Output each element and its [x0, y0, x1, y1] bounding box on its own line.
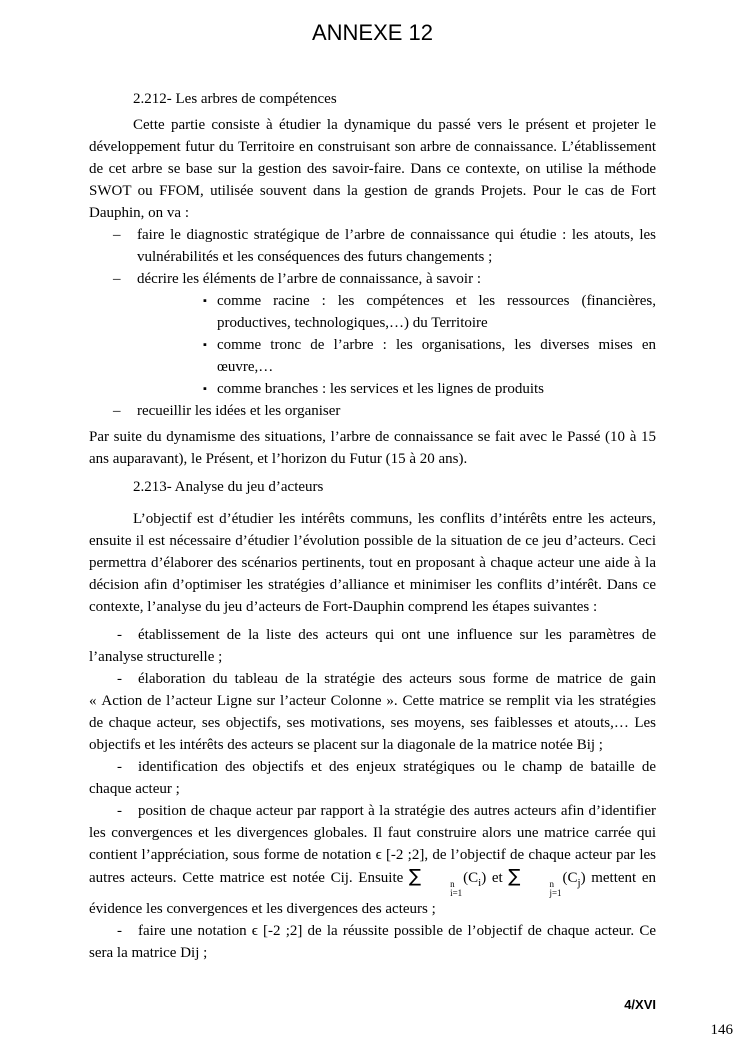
sigma-lower-limit: j=1: [521, 889, 561, 898]
sigma-limits: ni=1: [422, 880, 462, 898]
sub-list-item: ▪ comme tronc de l’arbre : les organisat…: [203, 334, 656, 378]
list-item-text: élaboration du tableau de la stratégie d…: [89, 671, 656, 753]
list-item-with-formula: -position de chaque acteur par rapport à…: [89, 800, 656, 920]
square-bullet: ▪: [203, 290, 217, 334]
dash-bullet: –: [113, 224, 137, 268]
list-item: -élaboration du tableau de la stratégie …: [89, 668, 656, 756]
list-item-text: recueillir les idées et les organiser: [137, 400, 656, 422]
formula-open: (C: [463, 870, 478, 886]
sigma-symbol: ∑: [409, 866, 421, 887]
list-item-text: faire une notation ϵ [-2 ;2] de la réuss…: [89, 923, 656, 961]
section-heading-2213: 2.213- Analyse du jeu d’acteurs: [89, 476, 656, 498]
document-body: 2.212- Les arbres de compétences Cette p…: [0, 88, 745, 964]
summation-formula-cj: ∑nj=1(Cj): [508, 870, 585, 886]
list-item: -établissement de la liste des acteurs q…: [89, 624, 656, 668]
annex-folio-label: 4/XVI: [624, 997, 656, 1012]
list-item: – faire le diagnostic stratégique de l’a…: [113, 224, 656, 268]
list-item-text: décrire les éléments de l’arbre de conna…: [137, 268, 656, 290]
list-item: – décrire les éléments de l’arbre de con…: [113, 268, 656, 290]
paragraph-intro-2212: Cette partie consiste à étudier la dynam…: [89, 114, 656, 224]
dash-bullet: –: [113, 400, 137, 422]
sub-list-item-text: comme racine : les compétences et les re…: [217, 290, 656, 334]
sub-list-item: ▪ comme racine : les compétences et les …: [203, 290, 656, 334]
page-number: 146: [711, 1021, 734, 1039]
summation-formula-ci: ∑ni=1(Ci): [409, 870, 486, 886]
dash-bullet: –: [113, 268, 137, 290]
paragraph-intro-2213: L’objectif est d’étudier les intérêts co…: [89, 508, 656, 618]
list-item-text: faire le diagnostic stratégique de l’arb…: [137, 224, 656, 268]
square-bullet: ▪: [203, 378, 217, 400]
list-item: -faire une notation ϵ [-2 ;2] de la réus…: [89, 920, 656, 964]
sigma-symbol: ∑: [508, 866, 520, 887]
list-item-text: identification des objectifs et des enje…: [89, 759, 656, 797]
list-item: – recueillir les idées et les organiser: [113, 400, 656, 422]
sub-list-item-text: comme branches : les services et les lig…: [217, 378, 656, 400]
paragraph-dynamisme: Par suite du dynamisme des situations, l…: [89, 426, 656, 470]
sub-list-item-text: comme tronc de l’arbre : les organisatio…: [217, 334, 656, 378]
formula-open: (C: [563, 870, 578, 886]
list-item: -identification des objectifs et des enj…: [89, 756, 656, 800]
sub-list-item: ▪ comme branches : les services et les l…: [203, 378, 656, 400]
sigma-lower-limit: i=1: [422, 889, 462, 898]
section-heading-2212: 2.212- Les arbres de compétences: [89, 88, 656, 110]
page-title: ANNEXE 12: [0, 20, 745, 46]
dash-bullet: -: [117, 756, 138, 778]
dash-bullet: -: [117, 624, 138, 646]
square-bullet: ▪: [203, 334, 217, 378]
document-page: ANNEXE 12 2.212- Les arbres de compétenc…: [0, 0, 745, 1053]
list-item-text: établissement de la liste des acteurs qu…: [89, 627, 656, 665]
dash-bullet: -: [117, 800, 138, 822]
dash-bullet: -: [117, 668, 138, 690]
sigma-limits: nj=1: [521, 880, 561, 898]
list-item-text: et: [486, 870, 508, 886]
dash-bullet: -: [117, 920, 138, 942]
